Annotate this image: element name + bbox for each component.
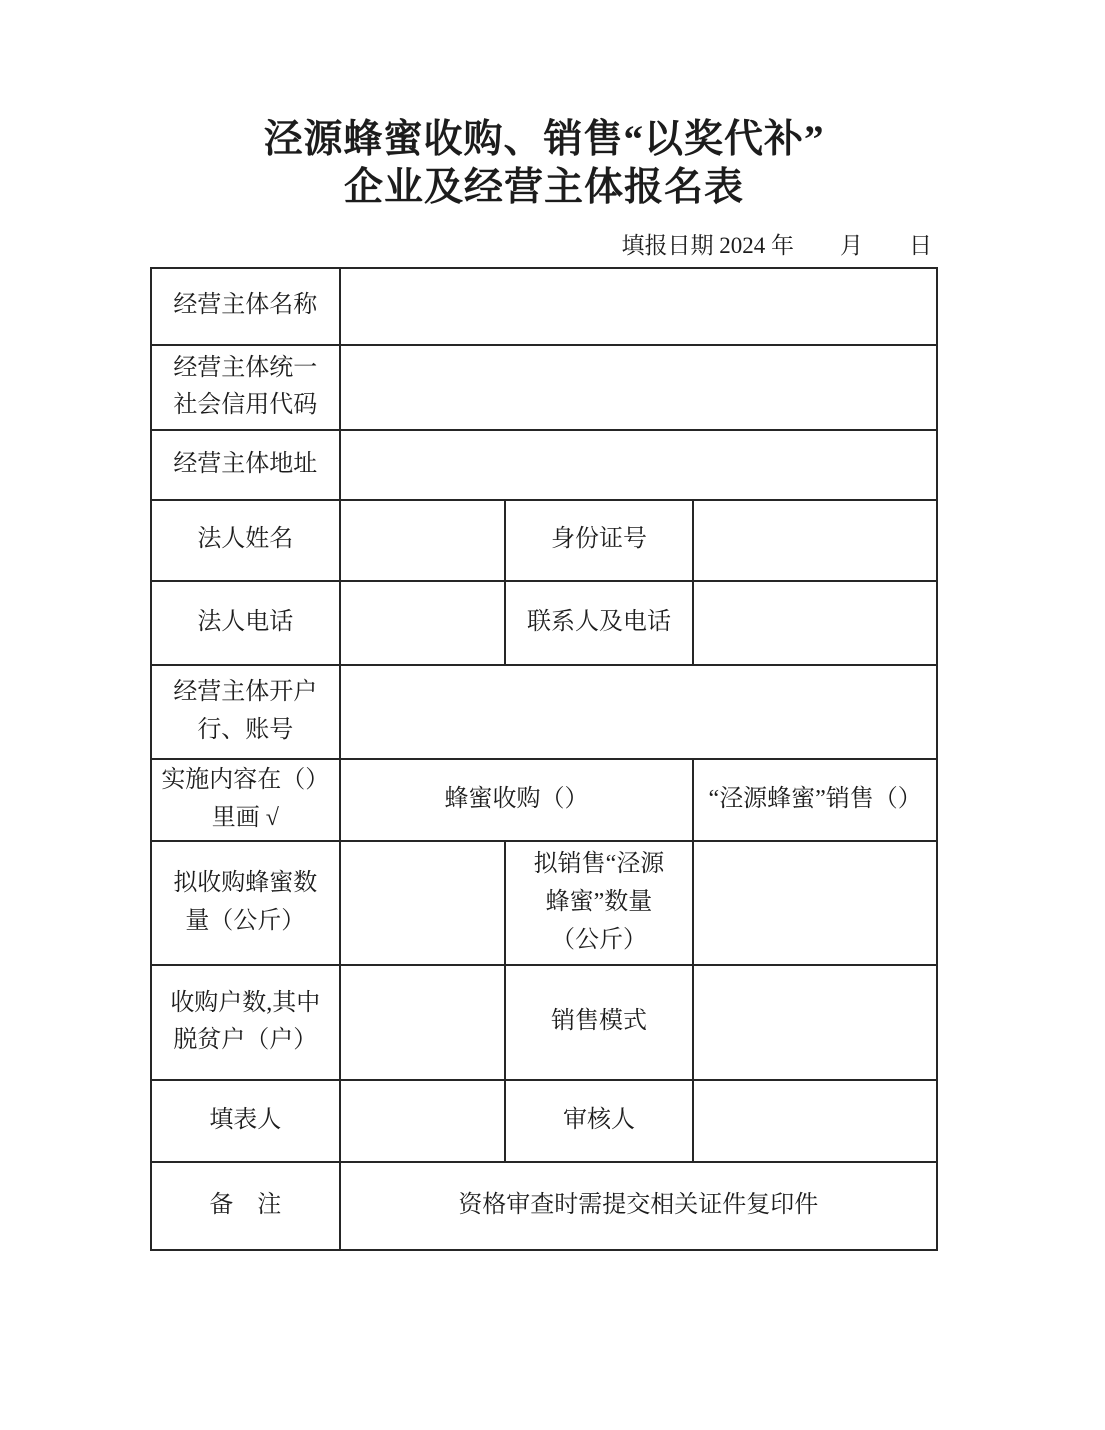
- row-bank-account: 经营主体开户 行、账号: [151, 665, 937, 759]
- purchase-qty-label: 拟收购蜂蜜数 量（公斤）: [151, 841, 340, 965]
- row-address: 经营主体地址: [151, 430, 937, 500]
- legal-phone-label: 法人电话: [151, 581, 340, 665]
- fill-date-line: 填报日期 2024 年 月 日: [150, 227, 932, 260]
- row-phones: 法人电话 联系人及电话: [151, 581, 937, 665]
- contact-phone-label: 联系人及电话: [505, 581, 694, 665]
- bank-account-label: 经营主体开户 行、账号: [151, 665, 340, 759]
- remarks-text: 资格审查时需提交相关证件复印件: [340, 1162, 937, 1250]
- form-title: 泾源蜂蜜收购、销售“以奖代补” 企业及经营主体报名表: [150, 116, 938, 212]
- implement-option-purchase[interactable]: 蜂蜜收购（）: [340, 759, 694, 841]
- households-label: 收购户数,其中 脱贫户（户）: [151, 965, 340, 1080]
- row-entity-name: 经营主体名称: [151, 268, 937, 345]
- remarks-label: 备 注: [151, 1162, 340, 1250]
- reviewer-label: 审核人: [505, 1080, 694, 1162]
- entity-name-label: 经营主体名称: [151, 268, 340, 345]
- sales-mode-label: 销售模式: [505, 965, 694, 1080]
- purchase-qty-field[interactable]: [340, 841, 505, 965]
- id-number-field[interactable]: [693, 500, 937, 581]
- sales-mode-field[interactable]: [693, 965, 937, 1080]
- address-label: 经营主体地址: [151, 430, 340, 500]
- row-quantities: 拟收购蜂蜜数 量（公斤） 拟销售“泾源 蜂蜜”数量 （公斤）: [151, 841, 937, 965]
- title-line-1: 泾源蜂蜜收购、销售“以奖代补”: [150, 116, 938, 164]
- registration-table: 经营主体名称 经营主体统一 社会信用代码 经营主体地址 法人姓名 身份证号 法人…: [150, 267, 938, 1251]
- row-legal-name-id: 法人姓名 身份证号: [151, 500, 937, 581]
- reviewer-field[interactable]: [693, 1080, 937, 1162]
- implement-label: 实施内容在（） 里画 √: [151, 759, 340, 841]
- implement-option-sales[interactable]: “泾源蜂蜜”销售（）: [693, 759, 937, 841]
- contact-phone-field[interactable]: [693, 581, 937, 665]
- address-field[interactable]: [340, 430, 937, 500]
- filler-label: 填表人: [151, 1080, 340, 1162]
- legal-name-field[interactable]: [340, 500, 505, 581]
- title-line-2: 企业及经营主体报名表: [150, 164, 938, 212]
- filler-field[interactable]: [340, 1080, 505, 1162]
- entity-name-field[interactable]: [340, 268, 937, 345]
- row-implement-content: 实施内容在（） 里画 √ 蜂蜜收购（） “泾源蜂蜜”销售（）: [151, 759, 937, 841]
- row-signatures: 填表人 审核人: [151, 1080, 937, 1162]
- sales-qty-field[interactable]: [693, 841, 937, 965]
- bank-account-field[interactable]: [340, 665, 937, 759]
- form-page: 泾源蜂蜜收购、销售“以奖代补” 企业及经营主体报名表 填报日期 2024 年 月…: [150, 0, 938, 1251]
- credit-code-field[interactable]: [340, 345, 937, 430]
- households-field[interactable]: [340, 965, 505, 1080]
- credit-code-label: 经营主体统一 社会信用代码: [151, 345, 340, 430]
- row-remarks: 备 注 资格审查时需提交相关证件复印件: [151, 1162, 937, 1250]
- row-credit-code: 经营主体统一 社会信用代码: [151, 345, 937, 430]
- legal-phone-field[interactable]: [340, 581, 505, 665]
- sales-qty-label: 拟销售“泾源 蜂蜜”数量 （公斤）: [505, 841, 694, 965]
- id-number-label: 身份证号: [505, 500, 694, 581]
- legal-name-label: 法人姓名: [151, 500, 340, 581]
- row-households-mode: 收购户数,其中 脱贫户（户） 销售模式: [151, 965, 937, 1080]
